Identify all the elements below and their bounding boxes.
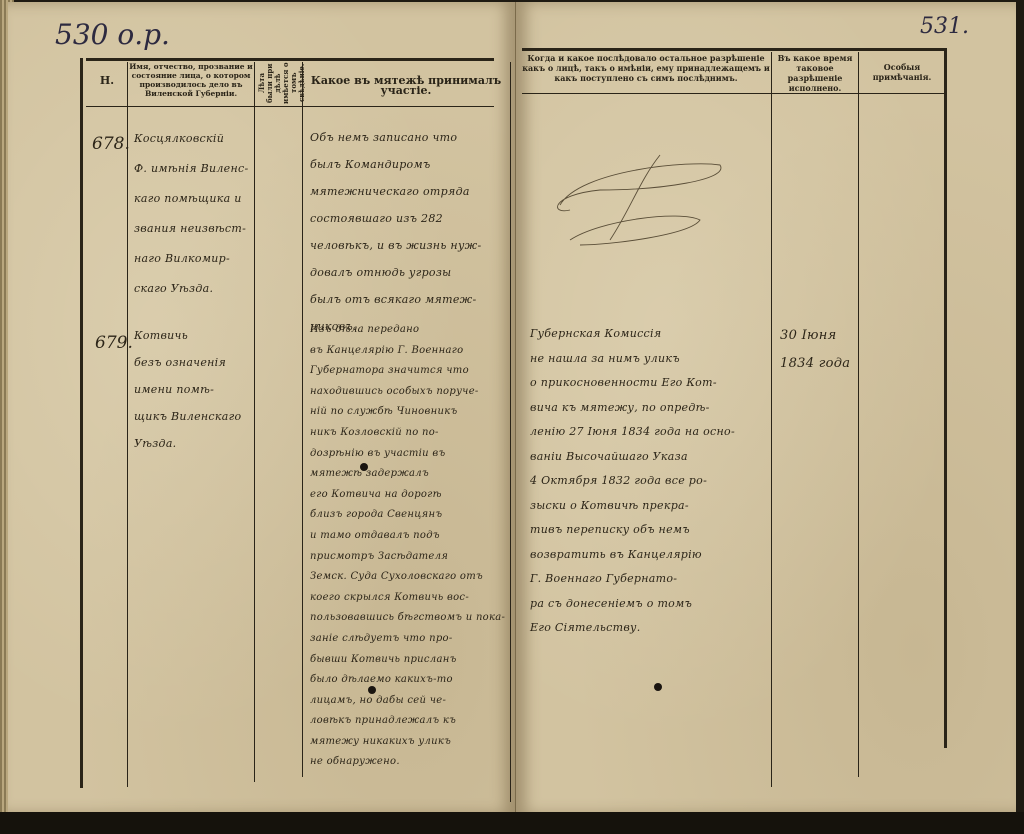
row-2-name: Котвичь безъ означенія имени помѣ- щикъ … (134, 322, 254, 457)
col-divider-executed (858, 52, 859, 777)
left-header-bottom-rule (86, 106, 494, 107)
col-divider-name (254, 62, 255, 782)
scan-background (0, 812, 1024, 834)
ink-blot (654, 683, 662, 691)
col-divider-resolution (771, 52, 772, 787)
right-header-bottom-rule (522, 93, 946, 94)
header-present: Лѣта были при дѣлѣ имѣется о томъ свѣдѣн… (258, 62, 298, 104)
paraph-flourish-icon (540, 150, 730, 250)
row-1-number: 678. (92, 134, 130, 154)
row-2-role: Изъ дѣла передано въ Канцелярію Г. Военн… (310, 320, 510, 773)
col-divider-present (302, 62, 303, 777)
header-notes: Особыя примѣчанія. (860, 62, 944, 82)
header-role: Какое въ мятежѣ принималъ участіе. (304, 76, 508, 96)
ink-blot (360, 463, 368, 471)
right-outer-border (944, 48, 947, 748)
row-2-resolution: Губернская Комиссія не нашла за нимъ ули… (530, 322, 770, 641)
header-n: Н. (88, 76, 126, 86)
right-page-number: 531. (920, 14, 969, 39)
ink-blot (368, 686, 376, 694)
row-2-executed: 30 Іюня 1834 года (780, 322, 858, 378)
document-spread: 530 о.р. 531. Н. Имя, отчество, прозвани… (0, 0, 1024, 834)
col-divider-role (510, 62, 511, 802)
row-1-name: Косцялковскій Ф. имѣнія Виленс- каго пом… (134, 124, 254, 304)
col-divider-n (127, 62, 128, 787)
header-name: Имя, отчество, прозвание и состояние лиц… (129, 62, 253, 98)
left-top-rule (86, 58, 494, 61)
left-outer-border (80, 58, 83, 788)
header-resolution: Когда и какое послѣдовало остальное разр… (522, 53, 770, 83)
right-top-rule (522, 48, 946, 51)
row-1-role: Объ немъ записано что былъ Командиромъ м… (310, 124, 510, 340)
left-page-number: 530 о.р. (55, 18, 170, 51)
header-executed: Въ какое время таковое разрѣшеніе исполн… (773, 53, 857, 93)
row-2-number: 679. (95, 333, 133, 353)
